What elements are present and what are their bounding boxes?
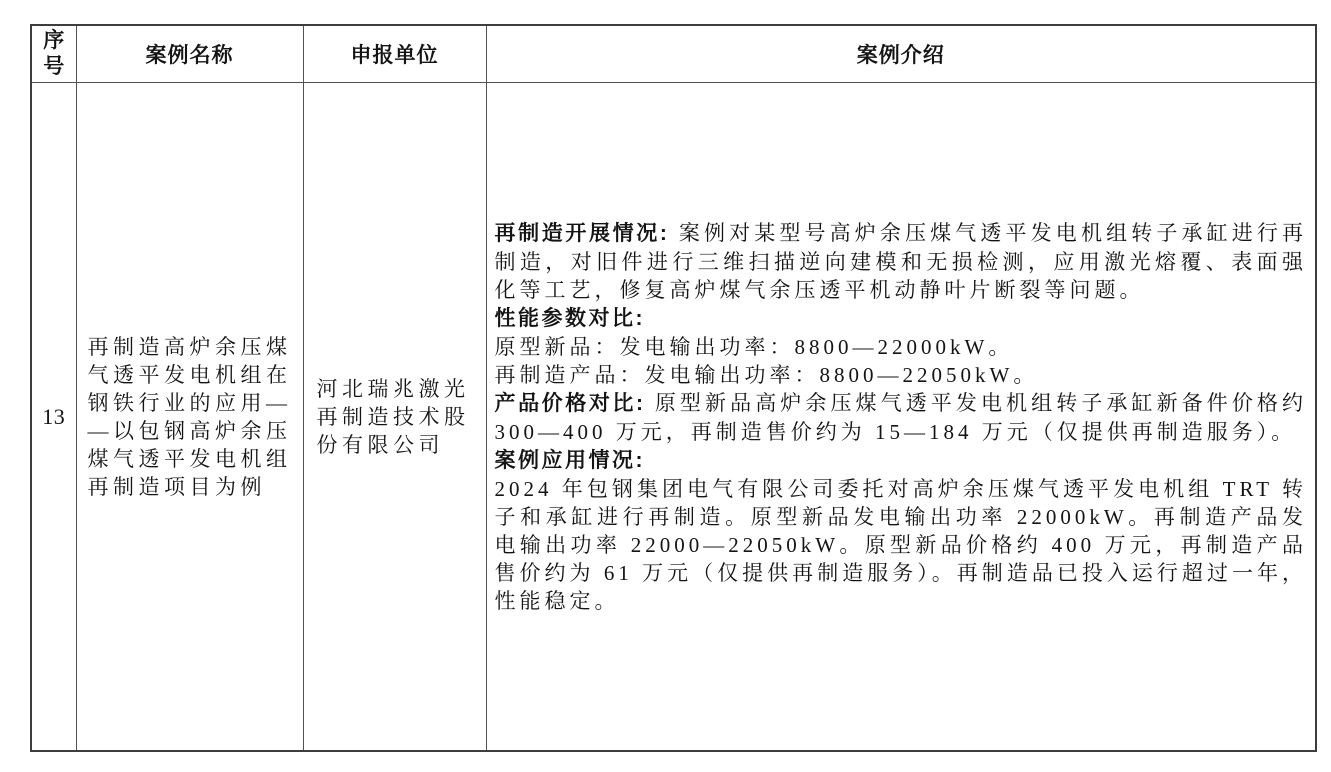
- text-line: 再制造项目为例: [88, 473, 292, 501]
- intro-paragraph: 原型新品：发电输出功率：8800—22000kW。: [495, 333, 1308, 361]
- intro-paragraph: 案例应用情况:: [495, 446, 1308, 475]
- intro-paragraph: 2024 年包钢集团电气有限公司委托对高炉余压煤气透平发电机组 TRT 转子和承…: [495, 475, 1308, 615]
- text-line: 气透平发电机组在: [88, 361, 292, 389]
- intro-paragraph: 产品价格对比: 原型新品高炉余压煤气透平发电机组转子承缸新备件价格约 300—4…: [495, 389, 1308, 446]
- text-line: 河北瑞兆激光: [317, 375, 473, 403]
- text-line: 煤气透平发电机组: [88, 445, 292, 473]
- header-col-unit: 申报单位: [303, 25, 486, 83]
- paragraph-label: 再制造开展情况:: [495, 222, 670, 245]
- text-line: 再制造高炉余压煤: [88, 333, 292, 361]
- header-col-index-label: 序号: [41, 28, 67, 80]
- header-col-case-name: 案例名称: [76, 25, 303, 83]
- table-header-row: 序号 案例名称 申报单位 案例介绍: [31, 25, 1316, 83]
- paragraph-label: 性能参数对比:: [495, 307, 646, 330]
- text-line: 份有限公司: [317, 431, 473, 459]
- text-line: 钢铁行业的应用—: [88, 389, 292, 417]
- paragraph-label: 产品价格对比:: [495, 392, 646, 415]
- cell-case-introduction: 再制造开展情况: 案例对某型号高炉余压煤气透平发电机组转子承缸进行再制造，对旧件…: [486, 83, 1316, 752]
- header-col-intro: 案例介绍: [486, 25, 1316, 83]
- text-line: 再制造技术股: [317, 403, 473, 431]
- paragraph-label: 案例应用情况:: [495, 449, 646, 472]
- intro-paragraph: 再制造开展情况: 案例对某型号高炉余压煤气透平发电机组转子承缸进行再制造，对旧件…: [495, 219, 1308, 304]
- text-line: —以包钢高炉余压: [88, 417, 292, 445]
- case-table: 序号 案例名称 申报单位 案例介绍 13 再制造高炉余压煤气透平发电机组在钢铁行…: [30, 24, 1317, 752]
- intro-paragraph: 性能参数对比:: [495, 304, 1308, 333]
- cell-reporting-unit: 河北瑞兆激光再制造技术股份有限公司: [303, 83, 486, 752]
- table-row: 13 再制造高炉余压煤气透平发电机组在钢铁行业的应用——以包钢高炉余压煤气透平发…: [31, 83, 1316, 752]
- cell-serial-number: 13: [31, 83, 76, 752]
- header-col-index: 序号: [31, 25, 76, 83]
- cell-case-name: 再制造高炉余压煤气透平发电机组在钢铁行业的应用——以包钢高炉余压煤气透平发电机组…: [76, 83, 303, 752]
- table-body: 13 再制造高炉余压煤气透平发电机组在钢铁行业的应用——以包钢高炉余压煤气透平发…: [31, 83, 1316, 752]
- intro-paragraph: 再制造产品：发电输出功率：8800—22050kW。: [495, 361, 1308, 389]
